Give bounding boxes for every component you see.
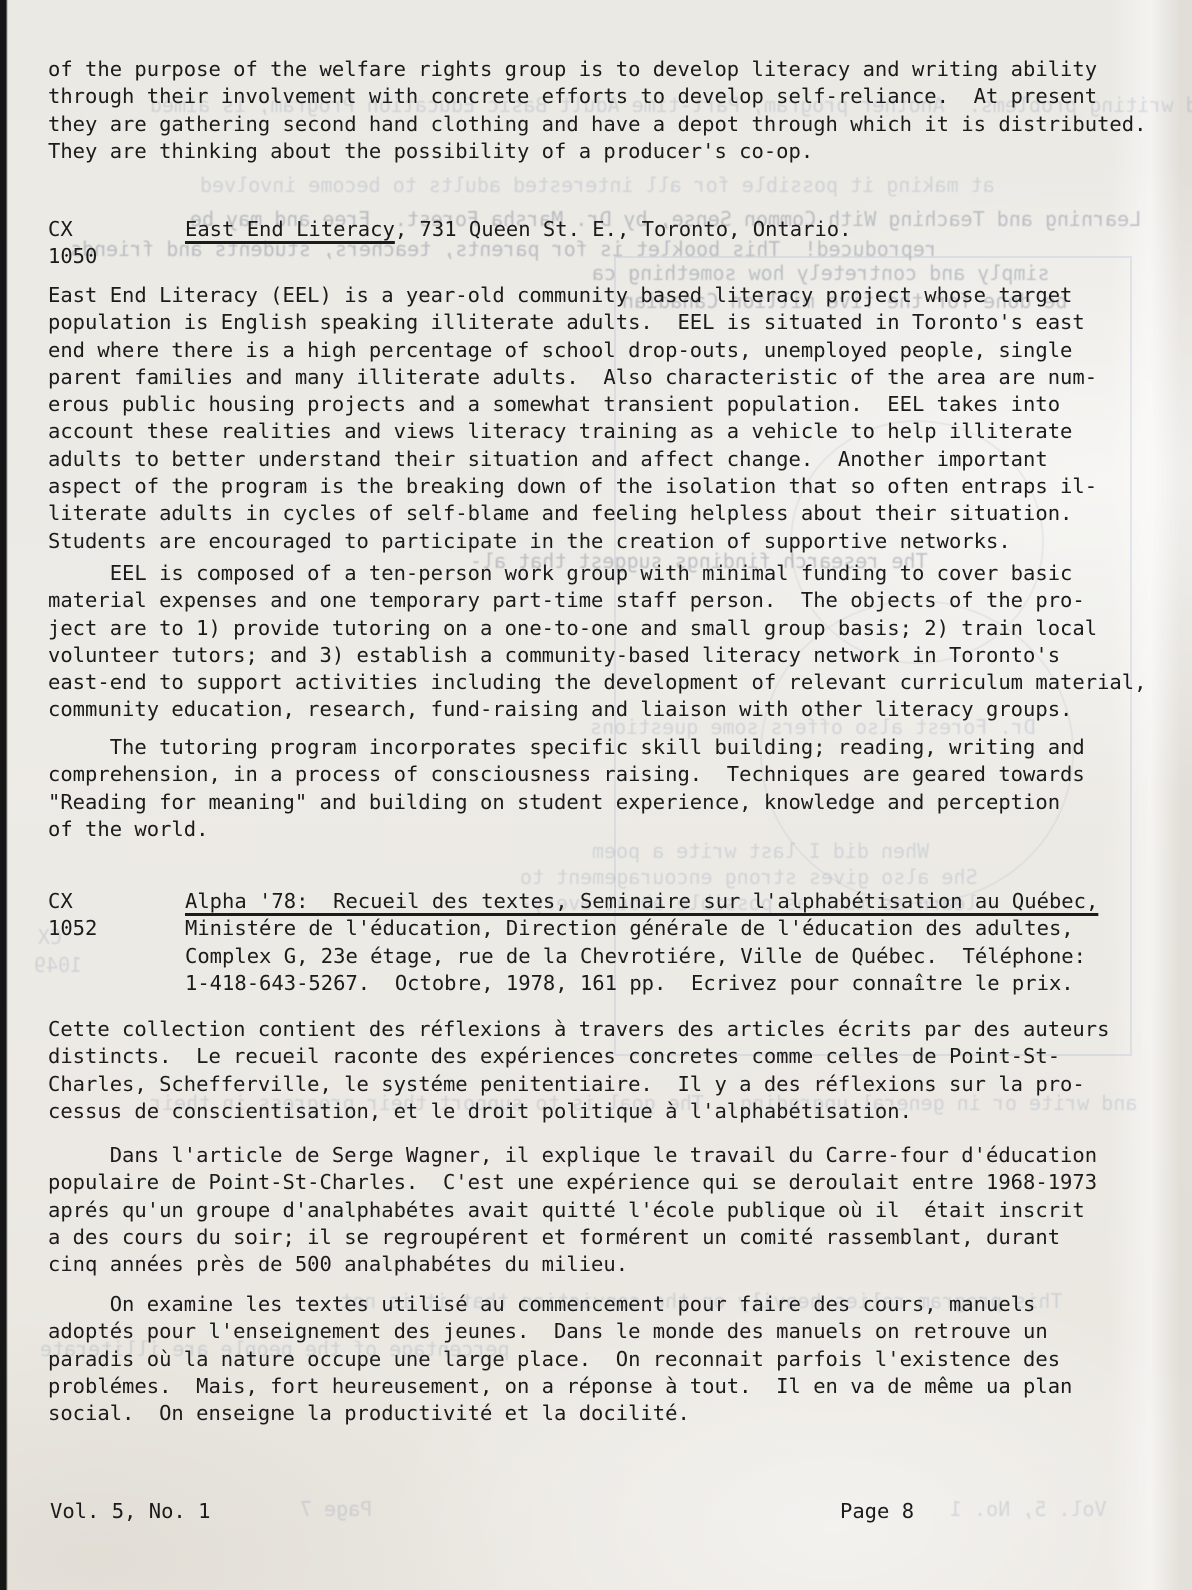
ghost-text: Vol. 5, No. 1: [950, 1496, 1107, 1522]
entry-title-1050: East End Literacy, 731 Queen St. E., Tor…: [185, 216, 851, 271]
paragraph-eel-composition: EEL is composed of a ten-person work gro…: [48, 560, 1146, 724]
entry-cx-1050: CX1050 East End Literacy, 731 Queen St. …: [48, 216, 851, 271]
scanned-document-page: and writing problems. Another program, P…: [0, 0, 1192, 1590]
ghost-text: She also gives strong encouragement to: [520, 864, 978, 890]
entry-details: Ministére de l'éducation, Direction géné…: [185, 916, 1086, 995]
entry-code: CX: [48, 889, 73, 913]
paragraph-cette-collection: Cette collection contient des réflexions…: [48, 1016, 1109, 1125]
entry-title-underlined: Alpha '78: Recueil des textes, Seminaire…: [185, 889, 1098, 913]
ghost-text: at making it possible for all interested…: [200, 172, 995, 198]
entry-title-1052: Alpha '78: Recueil des textes, Seminaire…: [185, 888, 1098, 997]
entry-title-rest: , 731 Queen St. E., Toronto, Ontario.: [395, 217, 852, 241]
entry-code: CX: [48, 217, 73, 241]
entry-cx-1052: CX1052 Alpha '78: Recueil des textes, Se…: [48, 888, 1098, 997]
paragraph-serge-wagner: Dans l'article de Serge Wagner, il expli…: [48, 1142, 1097, 1278]
entry-title-underlined: East End Literacy: [185, 217, 395, 241]
entry-number: 1052: [48, 916, 97, 940]
paragraph-eel-description: East End Literacy (EEL) is a year-old co…: [48, 282, 1097, 555]
entry-code-1050: CX1050: [48, 216, 185, 271]
footer-volume: Vol. 5, No. 1: [50, 1499, 210, 1523]
footer-page-number: Page 8: [840, 1499, 914, 1523]
ghost-text: Page 7: [300, 1496, 372, 1522]
paragraph-tutoring-program: The tutoring program incorporates specif…: [48, 734, 1085, 843]
entry-number: 1050: [48, 244, 97, 268]
paragraph-welfare-rights: of the purpose of the welfare rights gro…: [48, 56, 1146, 165]
entry-code-1052: CX1052: [48, 888, 185, 997]
scan-edge-strip: [0, 0, 8, 1590]
paragraph-on-examine: On examine les textes utilisé au commenc…: [48, 1291, 1072, 1427]
